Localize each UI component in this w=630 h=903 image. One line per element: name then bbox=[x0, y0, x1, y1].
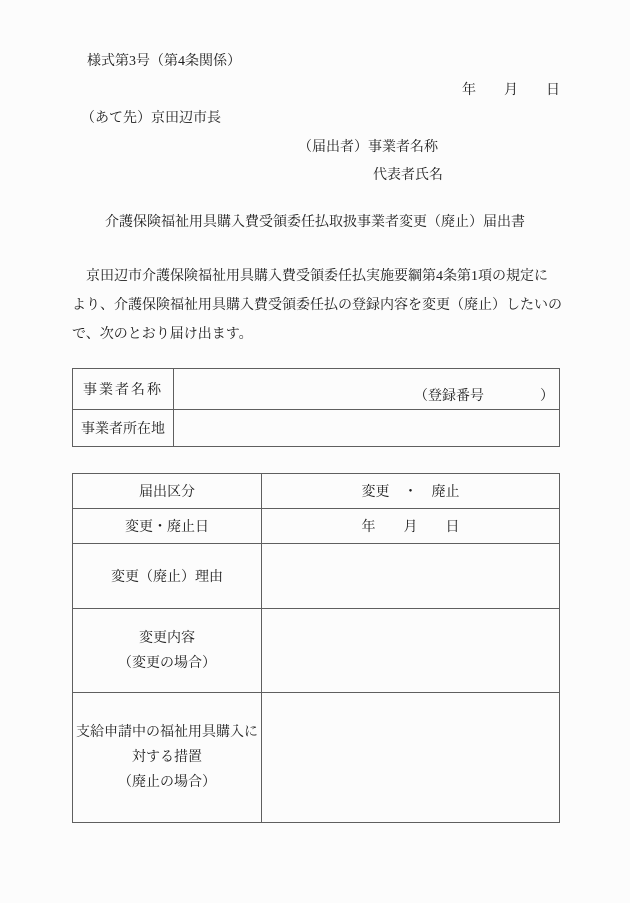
change-content-value-cell bbox=[262, 609, 560, 693]
document-title: 介護保険福祉用具購入費受領委任払取扱事業者変更（廃止）届出書 bbox=[0, 211, 630, 231]
pending-applications-measure-value-cell bbox=[262, 693, 560, 823]
change-reason-label: 変更（廃止）理由 bbox=[73, 544, 262, 609]
change-abolition-date-value: 年 月 日 bbox=[262, 509, 560, 544]
business-name-value-cell: （登録番号 ） bbox=[174, 369, 560, 410]
registration-number-label: （登録番号 ） bbox=[414, 385, 554, 405]
change-content-label: 変更内容 （変更の場合） bbox=[73, 609, 262, 693]
representative-name-label: 代表者氏名 bbox=[373, 164, 443, 184]
notifier-business-name-label: （届出者）事業者名称 bbox=[298, 136, 438, 156]
business-info-table: 事業者名称 （登録番号 ） 事業者所在地 bbox=[72, 368, 560, 447]
body-line: 京田辺市介護保険福祉用具購入費受領委任払実施要綱第4条第1項の規定に bbox=[72, 262, 564, 291]
business-name-label: 事業者名称 bbox=[73, 369, 174, 410]
notification-type-label: 届出区分 bbox=[73, 474, 262, 509]
date-line: 年 月 日 bbox=[462, 79, 560, 99]
table-row: 支給申請中の福祉用具購入に 対する措置 （廃止の場合） bbox=[73, 693, 560, 823]
pending-applications-measure-label: 支給申請中の福祉用具購入に 対する措置 （廃止の場合） bbox=[73, 693, 262, 823]
table-row: 事業者所在地 bbox=[73, 410, 560, 447]
body-line: より、介護保険福祉用具購入費受領委任払の登録内容を変更（廃止）したいの bbox=[72, 291, 564, 320]
business-address-value-cell bbox=[174, 410, 560, 447]
body-paragraph: 京田辺市介護保険福祉用具購入費受領委任払実施要綱第4条第1項の規定に より、介護… bbox=[72, 262, 564, 349]
table-row: 変更（廃止）理由 bbox=[73, 544, 560, 609]
change-abolition-date-label: 変更・廃止日 bbox=[73, 509, 262, 544]
table-row: 届出区分 変更 ・ 廃止 bbox=[73, 474, 560, 509]
notification-detail-table: 届出区分 変更 ・ 廃止 変更・廃止日 年 月 日 変更（廃止）理由 変更内容 … bbox=[72, 473, 560, 823]
table-row: 変更内容 （変更の場合） bbox=[73, 609, 560, 693]
addressee-line: （あて先）京田辺市長 bbox=[81, 107, 221, 127]
table-row: 変更・廃止日 年 月 日 bbox=[73, 509, 560, 544]
business-address-label: 事業者所在地 bbox=[73, 410, 174, 447]
form-number: 様式第3号（第4条関係） bbox=[87, 50, 241, 70]
change-reason-value-cell bbox=[262, 544, 560, 609]
table-row: 事業者名称 （登録番号 ） bbox=[73, 369, 560, 410]
body-line: で、次のとおり届け出ます。 bbox=[72, 320, 564, 349]
document-page: 様式第3号（第4条関係） 年 月 日 （あて先）京田辺市長 （届出者）事業者名称… bbox=[0, 0, 630, 903]
notification-type-value: 変更 ・ 廃止 bbox=[262, 474, 560, 509]
